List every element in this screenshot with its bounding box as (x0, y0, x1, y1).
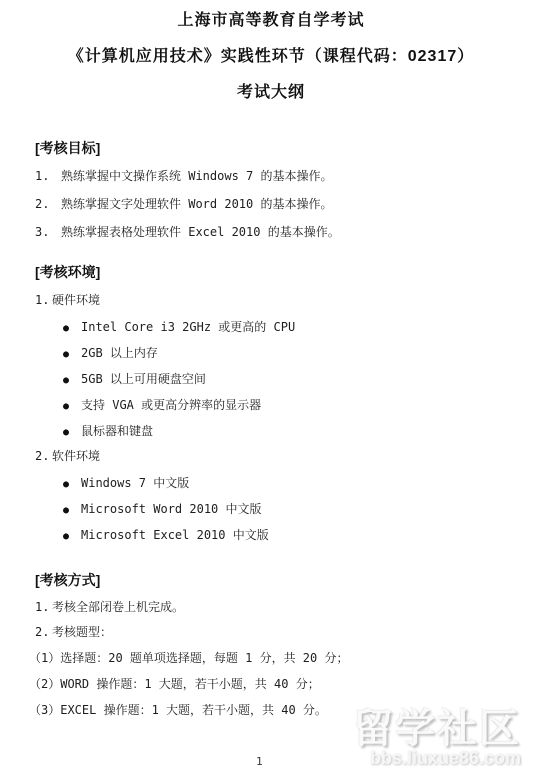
section-heading-objectives: [考核目标] (35, 139, 507, 157)
list-item: 1. 熟练掌握中文操作系统 Windows 7 的基本操作。 (35, 163, 507, 189)
list-item-text: Intel Core i3 2GHz 或更高的 CPU (81, 315, 295, 340)
list-item: ● Intel Core i3 2GHz 或更高的 CPU (35, 315, 507, 341)
list-item-text: 考核题型： (52, 620, 507, 645)
list-item: ● 2GB 以上内存 (35, 341, 507, 367)
list-item-number: 1. (35, 289, 52, 311)
hardware-environment-label: 1. 硬件环境 (35, 289, 507, 311)
document-title-line-1: 上海市高等教育自学考试 (35, 10, 507, 31)
section-heading-environment: [考核环境] (35, 263, 507, 281)
list-item-text: 熟练掌握文字处理软件 Word 2010 的基本操作。 (61, 191, 507, 217)
page-number: 1 (256, 755, 263, 768)
list-item-text: Microsoft Word 2010 中文版 (81, 497, 262, 522)
list-item-text: 软件环境 (52, 445, 100, 467)
method-items: 1. 考核全部闭卷上机完成。 2. 考核题型： (35, 595, 507, 645)
section-objectives: [考核目标] 1. 熟练掌握中文操作系统 Windows 7 的基本操作。 2.… (35, 139, 507, 245)
list-item: ● Microsoft Word 2010 中文版 (35, 497, 507, 523)
list-item-number: 2. (35, 445, 52, 467)
list-item: ● Microsoft Excel 2010 中文版 (35, 523, 507, 549)
bullet-icon: ● (63, 316, 81, 341)
bullet-icon: ● (63, 368, 81, 393)
watermark-site-url: bbs.liuxue86.com (353, 750, 521, 767)
list-item: 3. 熟练掌握表格处理软件 Excel 2010 的基本操作。 (35, 219, 507, 245)
list-item-text: 考核全部闭卷上机完成。 (52, 595, 507, 620)
list-item: 2. 熟练掌握文字处理软件 Word 2010 的基本操作。 (35, 191, 507, 217)
list-item-number: 2. (35, 191, 61, 217)
list-item: ● 支持 VGA 或更高分辨率的显示器 (35, 393, 507, 419)
list-item-text: 支持 VGA 或更高分辨率的显示器 (81, 393, 261, 418)
list-item: ● 5GB 以上可用硬盘空间 (35, 367, 507, 393)
list-item: ● Windows 7 中文版 (35, 471, 507, 497)
bullet-icon: ● (63, 498, 81, 523)
list-item-text: 2GB 以上内存 (81, 341, 158, 366)
section-heading-method: [考核方式] (35, 571, 507, 589)
list-item-text: Windows 7 中文版 (81, 471, 189, 496)
list-item-text: Microsoft Excel 2010 中文版 (81, 523, 269, 548)
document-page: 上海市高等教育自学考试 《计算机应用技术》实践性环节（课程代码：02317） 考… (0, 0, 537, 777)
section-environment: [考核环境] 1. 硬件环境 ● Intel Core i3 2GHz 或更高的… (35, 263, 507, 549)
hardware-bullet-list: ● Intel Core i3 2GHz 或更高的 CPU ● 2GB 以上内存… (35, 315, 507, 445)
bullet-icon: ● (63, 420, 81, 445)
list-item-number: 1. (35, 163, 61, 189)
list-item: 1. 考核全部闭卷上机完成。 (35, 595, 507, 620)
bullet-icon: ● (63, 472, 81, 497)
document-title-line-2: 《计算机应用技术》实践性环节（课程代码：02317） (35, 46, 507, 67)
list-item-text: 5GB 以上可用硬盘空间 (81, 367, 206, 392)
question-type-excel: （3）EXCEL 操作题：1 大题，若干小题，共 40 分。 (29, 697, 507, 723)
software-bullet-list: ● Windows 7 中文版 ● Microsoft Word 2010 中文… (35, 471, 507, 549)
list-item-number: 1. (35, 595, 52, 620)
bullet-icon: ● (63, 524, 81, 549)
list-item-text: 硬件环境 (52, 289, 100, 311)
bullet-icon: ● (63, 342, 81, 367)
list-item: ● 鼠标器和键盘 (35, 419, 507, 445)
question-type-choice: （1）选择题：20 题单项选择题，每题 1 分，共 20 分； (29, 645, 507, 671)
software-environment-label: 2. 软件环境 (35, 445, 507, 467)
section-method: [考核方式] 1. 考核全部闭卷上机完成。 2. 考核题型： （1）选择题：20… (35, 571, 507, 723)
question-type-word: （2）WORD 操作题：1 大题，若干小题，共 40 分； (29, 671, 507, 697)
list-item-text: 鼠标器和键盘 (81, 419, 153, 444)
list-item-text: 熟练掌握中文操作系统 Windows 7 的基本操作。 (61, 163, 507, 189)
list-item-number: 3. (35, 219, 61, 245)
bullet-icon: ● (63, 394, 81, 419)
list-item-text: 熟练掌握表格处理软件 Excel 2010 的基本操作。 (61, 219, 507, 245)
list-item-number: 2. (35, 620, 52, 645)
document-title-line-3: 考试大纲 (35, 82, 507, 103)
list-item: 2. 考核题型： (35, 620, 507, 645)
